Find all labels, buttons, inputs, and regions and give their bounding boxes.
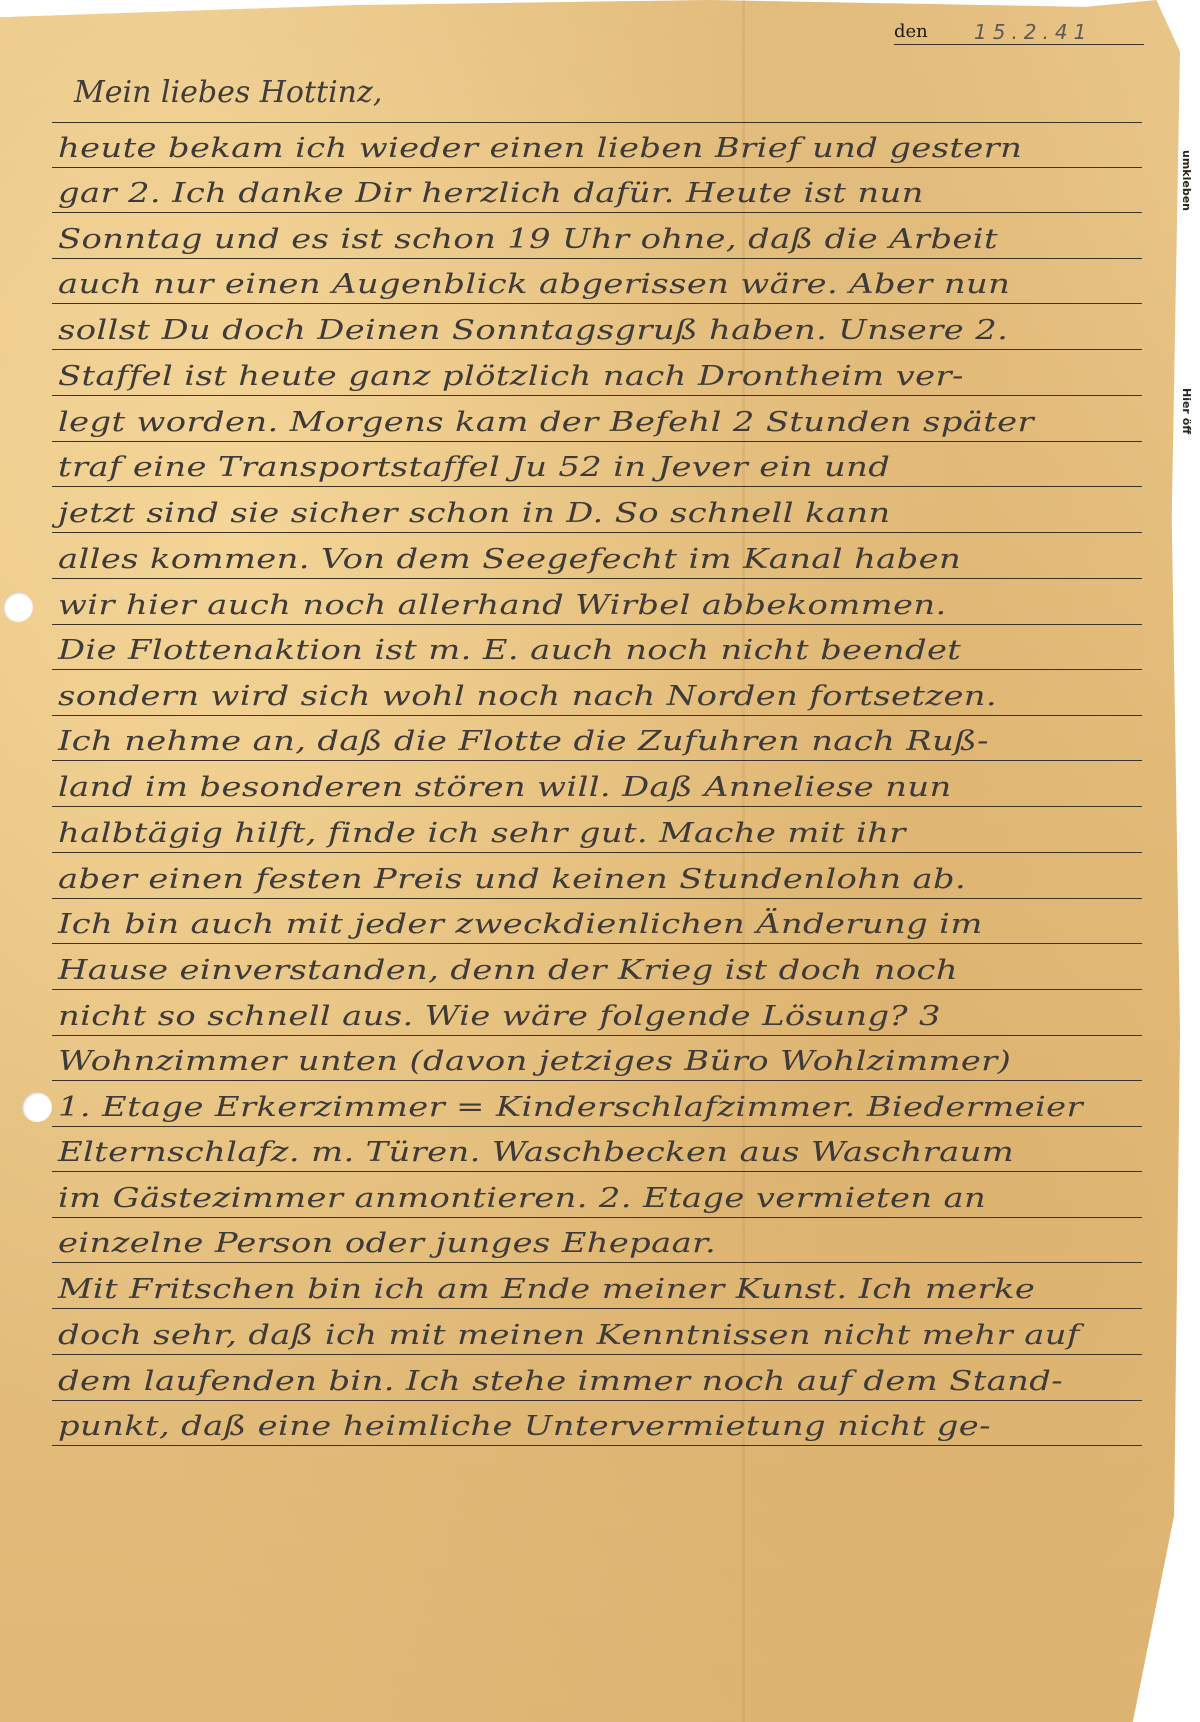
line-text: Mit Fritschen bin ich am Ende meiner Kun… (58, 1274, 1035, 1305)
letter-line: Ich bin auch mit jeder zweckdienlichen Ä… (52, 903, 1142, 944)
line-text: nicht so schnell aus. Wie wäre folgende … (58, 1001, 941, 1032)
letter-line: alles kommen. Von dem Seegefecht im Kana… (52, 538, 1142, 579)
letter-line: jetzt sind sie sicher schon in D. So sch… (52, 492, 1142, 533)
letter-line: aber einen festen Preis und keinen Stund… (52, 858, 1142, 899)
punch-hole-bottom (22, 1092, 52, 1122)
letter-line: auch nur einen Augenblick abgerissen wär… (52, 263, 1142, 304)
letter-line: nicht so schnell aus. Wie wäre folgende … (52, 995, 1142, 1036)
letter-line: Elternschlafz. m. Türen. Waschbecken aus… (52, 1131, 1142, 1172)
line-text: gar 2. Ich danke Dir herzlich dafür. Heu… (58, 178, 924, 209)
edge-print-top: umkleben (1180, 150, 1193, 211)
date-line: den 15.2.41 (894, 18, 1144, 45)
letter-line: punkt, daß eine heimliche Untervermietun… (52, 1405, 1142, 1446)
line-text: einzelne Person oder junges Ehepaar. (58, 1228, 716, 1259)
letter-line: traf eine Transportstaffel Ju 52 in Jeve… (52, 446, 1142, 487)
letter-line: heute bekam ich wieder einen lieben Brie… (52, 127, 1142, 168)
line-text: sondern wird sich wohl noch nach Norden … (58, 681, 997, 712)
letter-line: gar 2. Ich danke Dir herzlich dafür. Heu… (52, 172, 1142, 213)
letter-line: Mit Fritschen bin ich am Ende meiner Kun… (52, 1268, 1142, 1309)
letter-line: im Gästezimmer anmontieren. 2. Etage ver… (52, 1177, 1142, 1218)
line-text: 1. Etage Erkerzimmer = Kinderschlafzimme… (58, 1092, 1083, 1123)
letter-line: doch sehr, daß ich mit meinen Kenntnisse… (52, 1314, 1142, 1355)
letter-line: einzelne Person oder junges Ehepaar. (52, 1222, 1142, 1263)
line-text: Elternschlafz. m. Türen. Waschbecken aus… (58, 1137, 1014, 1168)
letter-line: wir hier auch noch allerhand Wirbel abbe… (52, 584, 1142, 625)
line-text: Wohnzimmer unten (davon jetziges Büro Wo… (58, 1046, 1011, 1077)
date-label: den (894, 21, 928, 42)
letter-line: Die Flottenaktion ist m. E. auch noch ni… (52, 629, 1142, 670)
line-text: Staffel ist heute ganz plötzlich nach Dr… (58, 361, 964, 392)
line-text: traf eine Transportstaffel Ju 52 in Jeve… (58, 452, 890, 483)
letter-line: sollst Du doch Deinen Sonntagsgruß haben… (52, 309, 1142, 350)
letter-line: halbtägig hilft, finde ich sehr gut. Mac… (52, 812, 1142, 853)
letter-line: legt worden. Morgens kam der Befehl 2 St… (52, 401, 1142, 442)
letter-line: Ich nehme an, daß die Flotte die Zufuhre… (52, 720, 1142, 761)
line-text: legt worden. Morgens kam der Befehl 2 St… (58, 407, 1034, 438)
line-text: Die Flottenaktion ist m. E. auch noch ni… (58, 635, 961, 666)
line-text: Sonntag und es ist schon 19 Uhr ohne, da… (58, 224, 998, 255)
edge-print-bottom: Hier öff (1180, 388, 1193, 434)
punch-hole-top (3, 592, 33, 622)
line-text: Ich bin auch mit jeder zweckdienlichen Ä… (58, 909, 983, 940)
line-text: heute bekam ich wieder einen lieben Brie… (58, 133, 1022, 164)
line-text: Ich nehme an, daß die Flotte die Zufuhre… (58, 726, 989, 757)
line-text: alles kommen. Von dem Seegefecht im Kana… (58, 544, 961, 575)
letter-line: Sonntag und es ist schon 19 Uhr ohne, da… (52, 218, 1142, 259)
letter-line: 1. Etage Erkerzimmer = Kinderschlafzimme… (52, 1086, 1142, 1127)
line-text: jetzt sind sie sicher schon in D. So sch… (58, 498, 891, 529)
ruled-line (52, 82, 1142, 123)
letter-line: dem laufenden bin. Ich stehe immer noch … (52, 1360, 1142, 1401)
letter-line: Staffel ist heute ganz plötzlich nach Dr… (52, 355, 1142, 396)
line-text: punkt, daß eine heimliche Untervermietun… (58, 1411, 991, 1442)
date-value: 15.2.41 (974, 20, 1092, 44)
line-text: auch nur einen Augenblick abgerissen wär… (58, 269, 1010, 300)
line-text: aber einen festen Preis und keinen Stund… (58, 864, 966, 895)
line-text: im Gästezimmer anmontieren. 2. Etage ver… (58, 1183, 986, 1214)
line-text: doch sehr, daß ich mit meinen Kenntnisse… (58, 1320, 1080, 1351)
line-text: dem laufenden bin. Ich stehe immer noch … (58, 1366, 1063, 1397)
line-text: land im besonderen stören will. Daß Anne… (58, 772, 952, 803)
letter-line: Hause einverstanden, denn der Krieg ist … (52, 949, 1142, 990)
line-text: halbtägig hilft, finde ich sehr gut. Mac… (58, 818, 906, 849)
line-text: sollst Du doch Deinen Sonntagsgruß haben… (58, 315, 1008, 346)
line-text: Hause einverstanden, denn der Krieg ist … (58, 955, 958, 986)
line-text: wir hier auch noch allerhand Wirbel abbe… (58, 590, 947, 621)
letter-line: land im besonderen stören will. Daß Anne… (52, 766, 1142, 807)
letter-line: Wohnzimmer unten (davon jetziges Büro Wo… (52, 1040, 1142, 1081)
letter-line: sondern wird sich wohl noch nach Norden … (52, 675, 1142, 716)
